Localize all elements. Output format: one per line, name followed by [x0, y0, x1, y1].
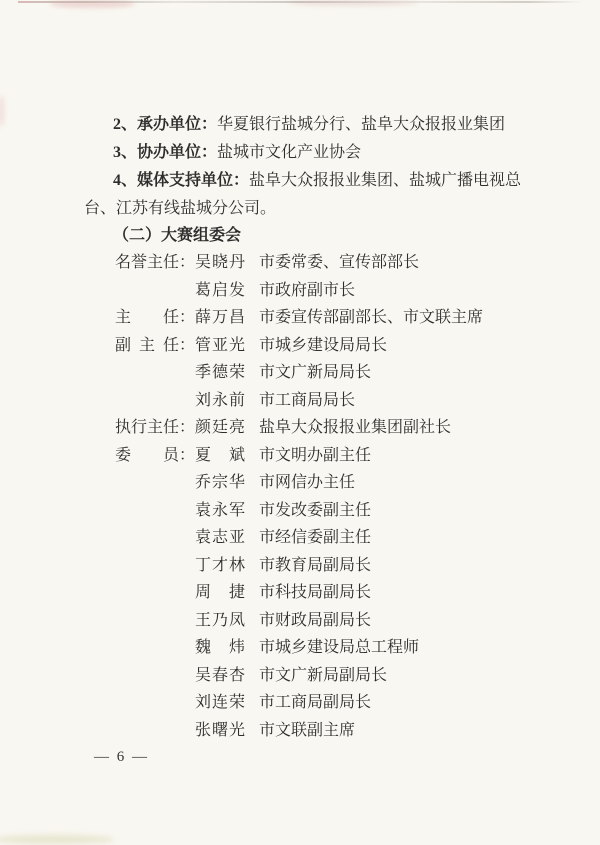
paragraph-text: 华夏银行盐城分行、盐阜大众报报业集团 [217, 116, 505, 133]
committee-row: 执行主任：颜廷亮盐阜大众报报业集团副社长 [84, 414, 528, 442]
role-colon: ： [179, 332, 195, 360]
scan-artifact-smudge [288, 0, 418, 6]
member-name: 丁才林 [195, 552, 245, 580]
member-name: 魏炜 [195, 634, 245, 662]
member-name: 周捷 [195, 579, 245, 607]
role-colon: ： [179, 249, 195, 277]
member-title: 市工商局局长 [259, 392, 355, 409]
committee-list: 名誉主任：吴晓丹市委常委、宣传部部长 ：葛启发市政府副市长 主任：薛万昌市委宣传… [84, 249, 528, 744]
role-colon: ： [179, 304, 195, 332]
document-content: 2、承办单位：华夏银行盐城分行、盐阜大众报报业集团 3、协办单位：盐城市文化产业… [84, 111, 528, 744]
member-title: 市委常委、宣传部部长 [259, 254, 419, 271]
member-name: 刘永前 [195, 387, 245, 415]
document-page: 2、承办单位：华夏银行盐城分行、盐阜大众报报业集团 3、协办单位：盐城市文化产业… [0, 0, 600, 845]
committee-row: ：袁志亚市经信委副主任 [84, 524, 528, 552]
committee-row: ：张曙光市文联副主席 [84, 717, 528, 745]
member-name: 乔宗华 [195, 469, 245, 497]
committee-row: 名誉主任：吴晓丹市委常委、宣传部部长 [84, 249, 528, 277]
member-title: 市城乡建设局局长 [259, 337, 387, 354]
committee-role: 主任 [115, 304, 179, 332]
committee-row: ：魏炜市城乡建设局总工程师 [84, 634, 528, 662]
paragraph-text: 盐城市文化产业协会 [217, 144, 361, 161]
member-title: 市科技局副局长 [259, 584, 371, 601]
role-colon: ： [179, 414, 195, 442]
committee-row: 委员：夏斌市文明办副主任 [84, 442, 528, 470]
paragraph-label: 3、协办单位： [113, 144, 217, 161]
committee-row: ：周捷市科技局副局长 [84, 579, 528, 607]
member-title: 市委宣传部副部长、市文联主席 [259, 309, 483, 326]
member-title: 市网信办主任 [259, 474, 355, 491]
member-title: 市发改委副主任 [259, 502, 371, 519]
paragraph-label: 2、承办单位： [113, 116, 217, 133]
paragraph: 4、媒体支持单位：盐阜大众报报业集团、盐城广播电视总台、江苏有线盐城分公司。 [84, 167, 528, 223]
committee-role: 名誉主任 [115, 249, 179, 277]
numbered-paragraphs: 2、承办单位：华夏银行盐城分行、盐阜大众报报业集团 3、协办单位：盐城市文化产业… [84, 111, 528, 223]
scan-artifact-smudge [50, 0, 135, 8]
committee-row: ：乔宗华市网信办主任 [84, 469, 528, 497]
role-colon: ： [179, 442, 195, 470]
paragraph-label: 4、媒体支持单位： [113, 172, 249, 189]
committee-row: ：丁才林市教育局副局长 [84, 552, 528, 580]
committee-role: 委员 [115, 442, 179, 470]
member-title: 市文明办副主任 [259, 447, 371, 464]
scan-artifact-smudge [0, 95, 5, 127]
member-name: 吴晓丹 [195, 249, 245, 277]
committee-row: ：季德荣市文广新局局长 [84, 359, 528, 387]
committee-row: ：吴春杏市文广新局副局长 [84, 662, 528, 690]
member-name: 张曙光 [195, 717, 245, 745]
committee-role: 副主任 [115, 332, 179, 360]
member-name: 管亚光 [195, 332, 245, 360]
committee-row: ：王乃凤市财政局副局长 [84, 607, 528, 635]
member-name: 季德荣 [195, 359, 245, 387]
member-title: 市教育局副局长 [259, 557, 371, 574]
member-name: 刘连荣 [195, 689, 245, 717]
member-title: 市城乡建设局总工程师 [259, 639, 419, 656]
scan-artifact-smudge [0, 835, 114, 844]
committee-row: ：刘连荣市工商局副局长 [84, 689, 528, 717]
member-title: 市工商局副局长 [259, 694, 371, 711]
member-title: 市文广新局局长 [259, 364, 371, 381]
committee-row: ：袁永军市发改委副主任 [84, 497, 528, 525]
paragraph: 3、协办单位：盐城市文化产业协会 [84, 139, 528, 167]
member-name: 王乃凤 [195, 607, 245, 635]
member-name: 袁永军 [195, 497, 245, 525]
member-name: 吴春杏 [195, 662, 245, 690]
member-title: 盐阜大众报报业集团副社长 [259, 419, 451, 436]
member-title: 市经信委副主任 [259, 529, 371, 546]
member-title: 市文广新局副局长 [259, 667, 387, 684]
member-name: 薛万昌 [195, 304, 245, 332]
member-name: 夏斌 [195, 442, 245, 470]
committee-row: ：葛启发市政府副市长 [84, 277, 528, 305]
committee-row: 主任：薛万昌市委宣传部副部长、市文联主席 [84, 304, 528, 332]
paragraph: 2、承办单位：华夏银行盐城分行、盐阜大众报报业集团 [84, 111, 528, 139]
member-title: 市政府副市长 [259, 282, 355, 299]
section-heading: （二）大赛组委会 [84, 223, 528, 249]
committee-row: 副主任：管亚光市城乡建设局局长 [84, 332, 528, 360]
committee-row: ：刘永前市工商局局长 [84, 387, 528, 415]
member-title: 市财政局副局长 [259, 612, 371, 629]
member-name: 颜廷亮 [195, 414, 245, 442]
page-number: — 6 — [94, 747, 149, 767]
member-title: 市文联副主席 [259, 722, 355, 739]
member-name: 葛启发 [195, 277, 245, 305]
committee-role: 执行主任 [115, 414, 179, 442]
member-name: 袁志亚 [195, 524, 245, 552]
